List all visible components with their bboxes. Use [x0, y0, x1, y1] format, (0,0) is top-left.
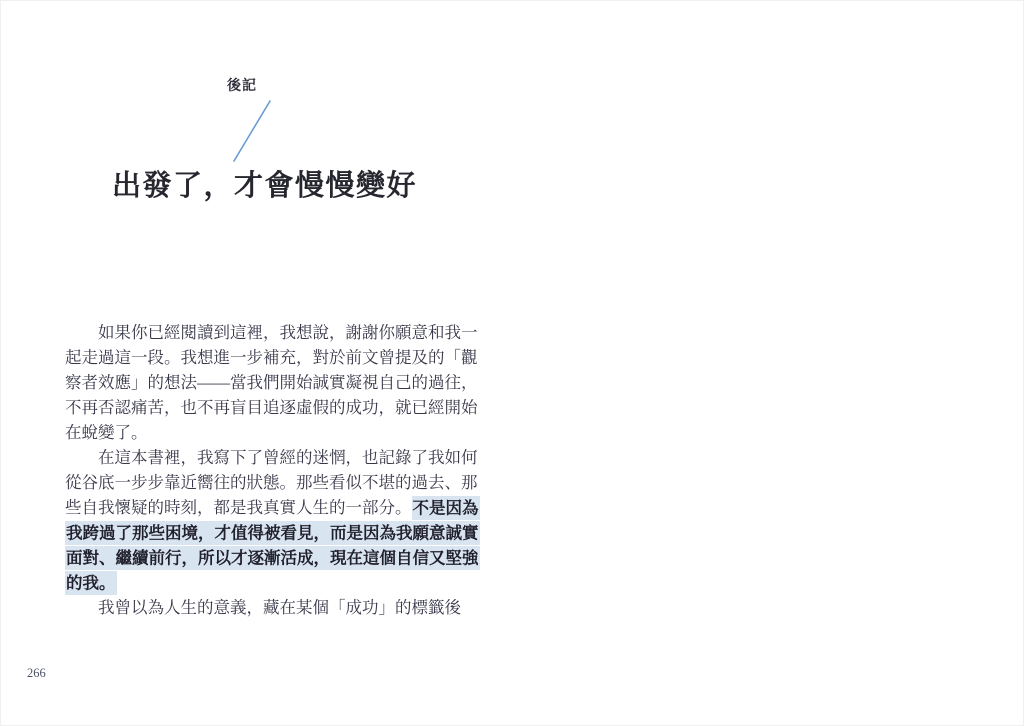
- text-line: 如果你已經閱讀到這裡，我想說，謝謝你願意和我一: [65, 320, 480, 345]
- body-text-segment: 如果你已經閱讀到這裡，我想說，謝謝你願意和我一: [98, 323, 478, 342]
- page-left: 後記 出發了，才會慢慢變好 如果你已經閱讀到這裡，我想說，謝謝你願意和我一起走過…: [1, 1, 513, 726]
- text-line: 面對、繼續前行，所以才逐漸活成，現在這個自信又堅強: [65, 545, 480, 570]
- decorative-slash-icon: [225, 97, 275, 165]
- text-line: 察者效應」的想法——當我們開始誠實凝視自己的過往，: [65, 370, 480, 395]
- highlighted-text: 不是因為: [412, 496, 480, 520]
- text-line: 我曾以為人生的意義，藏在某個「成功」的標籤後: [65, 595, 480, 620]
- text-line: 些自我懷疑的時刻，都是我真實人生的一部分。不是因為: [65, 495, 480, 520]
- body-text-segment: 察者效應」的想法——當我們開始誠實凝視自己的過往，: [65, 373, 478, 392]
- body-text-segment: 不再否認痛苦，也不再盲目追逐虛假的成功，就已經開始: [65, 398, 478, 417]
- text-line: 不再否認痛苦，也不再盲目追逐虛假的成功，就已經開始: [65, 395, 480, 420]
- text-line: 起走過這一段。我想進一步補充，對於前文曾提及的「觀: [65, 345, 480, 370]
- text-line: 在這本書裡，我寫下了曾經的迷惘，也記錄了我如何: [65, 445, 480, 470]
- page-number-left: 266: [27, 666, 46, 681]
- left-body-text: 如果你已經閱讀到這裡，我想說，謝謝你願意和我一起走過這一段。我想進一步補充，對於…: [65, 320, 480, 620]
- chapter-title: 出發了，才會慢慢變好: [112, 163, 417, 204]
- text-line: 從谷底一步步靠近嚮往的狀態。那些看似不堪的過去、那: [65, 470, 480, 495]
- text-line: 在蛻變了。: [65, 420, 480, 445]
- highlighted-text: 我跨過了那些困境，才值得被看見，而是因為我願意誠實: [65, 521, 480, 545]
- section-label: 後記: [227, 75, 257, 95]
- book-spread: 後記 出發了，才會慢慢變好 如果你已經閱讀到這裡，我想說，謝謝你願意和我一起走過…: [0, 0, 1024, 726]
- text-line: 的我。: [65, 570, 480, 595]
- highlighted-text: 面對、繼續前行，所以才逐漸活成，現在這個自信又堅強: [65, 546, 480, 570]
- page-right: 方，以及眾人的掌聲中；後來才發現，真正撐起自己的，是那一點點從內心深處冒出來的「…: [513, 1, 1024, 726]
- body-text-segment: 從谷底一步步靠近嚮往的狀態。那些看似不堪的過去、那: [65, 473, 478, 492]
- highlighted-text: 的我。: [65, 571, 117, 595]
- body-text-segment: 在蛻變了。: [65, 423, 148, 442]
- text-line: 我跨過了那些困境，才值得被看見，而是因為我願意誠實: [65, 520, 480, 545]
- body-text-segment: 我曾以為人生的意義，藏在某個「成功」的標籤後: [98, 598, 461, 617]
- body-text-segment: 起走過這一段。我想進一步補充，對於前文曾提及的「觀: [65, 348, 478, 367]
- body-text-segment: 些自我懷疑的時刻，都是我真實人生的一部分。: [65, 498, 412, 517]
- body-text-segment: 在這本書裡，我寫下了曾經的迷惘，也記錄了我如何: [98, 448, 478, 467]
